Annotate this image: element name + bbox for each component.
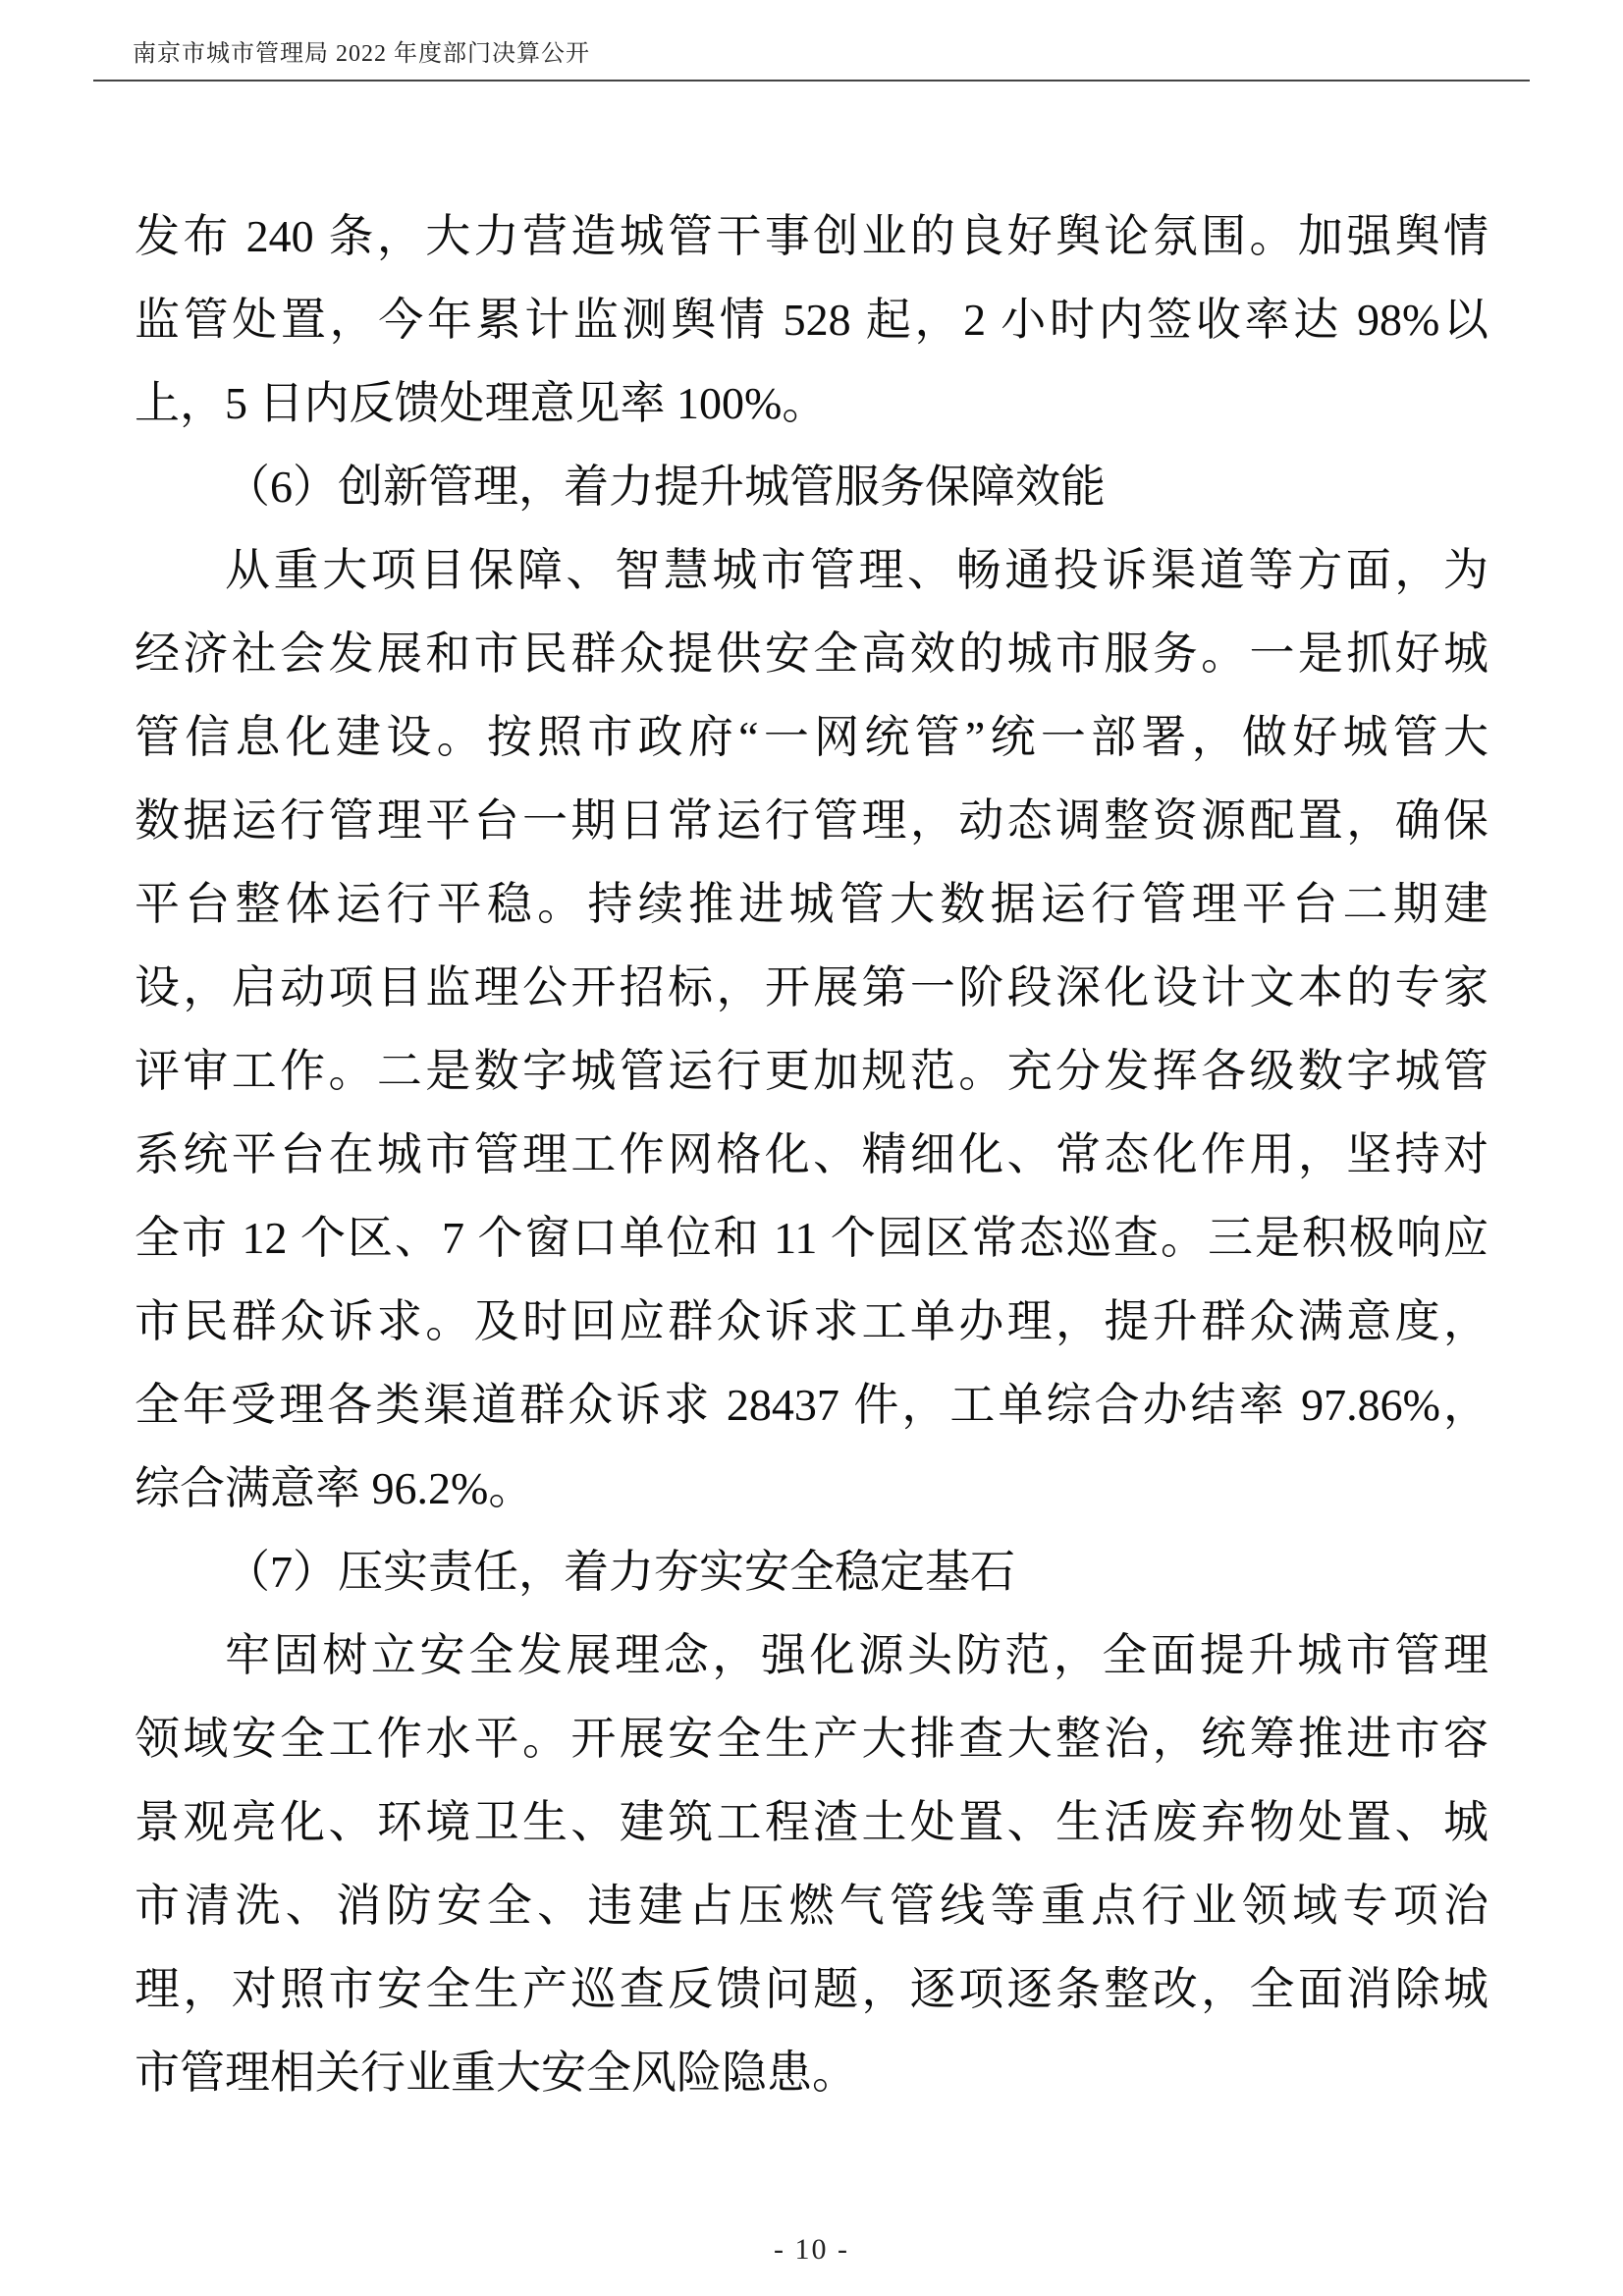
body-line: 领域安全工作水平。开展安全生产大排查大整治，统筹推进市容 [135,1697,1488,1780]
body-line: 经济社会发展和市民群众提供安全高效的城市服务。一是抓好城 [135,612,1488,695]
body-line: 市清洗、消防安全、违建占压燃气管线等重点行业领域专项治 [135,1864,1488,1947]
body-line: 管信息化建设。按照市政府“一网统管”统一部署，做好城管大 [135,695,1488,779]
body-line: 全年受理各类渠道群众诉求 28437 件，工单综合办结率 97.86%， [135,1363,1488,1447]
body-line: 从重大项目保障、智慧城市管理、畅通投诉渠道等方面，为 [135,528,1488,612]
body-line: 全市 12 个区、7 个窗口单位和 11 个园区常态巡查。三是积极响应 [135,1196,1488,1280]
body-line: 市民群众诉求。及时回应群众诉求工单办理，提升群众满意度， [135,1280,1488,1363]
page-header: 南京市城市管理局 2022 年度部门决算公开 [93,0,1530,82]
document-page: 南京市城市管理局 2022 年度部门决算公开 发布 240 条，大力营造城管干事… [0,0,1623,2296]
body-line: 设，启动项目监理公开招标，开展第一阶段深化设计文本的专家 [135,946,1488,1029]
body-line: 监管处置，今年累计监测舆情 528 起，2 小时内签收率达 98%以 [135,278,1488,361]
body-line: 数据运行管理平台一期日常运行管理，动态调整资源配置，确保 [135,779,1488,862]
body-line: 上，5 日内反馈处理意见率 100%。 [135,361,1488,445]
body-line: 景观亮化、环境卫生、建筑工程渣土处置、生活废弃物处置、城 [135,1780,1488,1864]
body-line: 发布 240 条，大力营造城管干事创业的良好舆论氛围。加强舆情 [135,194,1488,278]
body-line: 牢固树立安全发展理念，强化源头防范，全面提升城市管理 [135,1613,1488,1697]
document-body: 发布 240 条，大力营造城管干事创业的良好舆论氛围。加强舆情 监管处置，今年累… [135,194,1488,2114]
body-line: 理，对照市安全生产巡查反馈问题，逐项逐条整改，全面消除城 [135,1947,1488,2031]
section-heading: （7）压实责任，着力夯实安全稳定基石 [135,1530,1488,1613]
section-heading: （6）创新管理，着力提升城管服务保障效能 [135,445,1488,528]
body-line: 评审工作。二是数字城管运行更加规范。充分发挥各级数字城管 [135,1029,1488,1113]
body-line: 平台整体运行平稳。持续推进城管大数据运行管理平台二期建 [135,862,1488,946]
body-line: 系统平台在城市管理工作网格化、精细化、常态化作用，坚持对 [135,1113,1488,1196]
page-number: - 10 - [0,2233,1623,2267]
body-line: 综合满意率 96.2%。 [135,1447,1488,1530]
body-line: 市管理相关行业重大安全风险隐患。 [135,2031,1488,2114]
